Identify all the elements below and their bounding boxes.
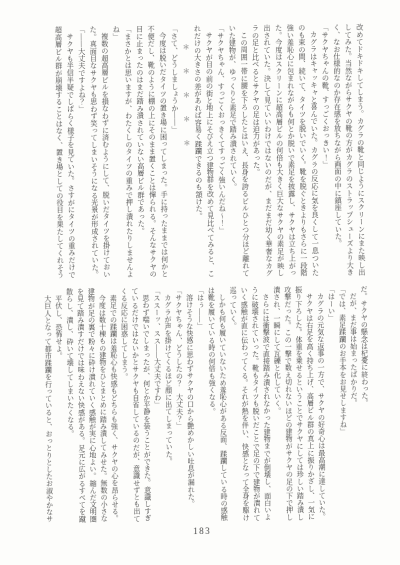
scan-content: 改めてドキドキしてしまう。カグラの靴と同じようにスクリーンにまた映し出してみた。… bbox=[0, 0, 400, 565]
paragraph-dialogue: 「——大丈夫ですよね？」 bbox=[75, 26, 89, 283]
paragraph-dialogue: 「サクヤちゃん、すっごくおっきくてすっごく強いんだね〜！」 bbox=[214, 25, 228, 282]
paragraph-narration: サクヤも半信半疑でしばらく様子を見ていた。さすがにタイツの重みだけで超高層ビル群… bbox=[52, 26, 77, 283]
paragraph-narration: 平伏し、恐怖せよ。 bbox=[51, 288, 64, 529]
paragraph-narration: カグラはキャッキャと喜んでいた。カグラの反応に気を良くして一息ついたのも束の間、… bbox=[249, 24, 321, 282]
paragraph-narration: 思わず喘いでしまったが、何とか平静を装うことができた。意識しすぎているだけではな… bbox=[116, 287, 151, 528]
paragraph-continuation: 改めてドキドキしてしまう。カグラの靴と同じようにスクリーンにまた映し出してみた。… bbox=[330, 24, 367, 281]
text-block-bottom: だ。サクヤの懸念は杞憂に終わった。だが、まだ事は始まったばかりだ。「では、素足蹂… bbox=[42, 286, 369, 530]
paragraph-narration: サクヤは右足を高く持ち上げ、高層ビル群の真上に振りかざし、一気に振り下ろした。体… bbox=[269, 286, 315, 527]
paragraph-dialogue: 「まさかとは思いますが、わたくしのタイツの重みで押し潰れたりしませんよね」 bbox=[110, 26, 135, 283]
paragraph-dialogue: 「ススーッ、スス——大丈夫ですわ」 bbox=[149, 287, 162, 528]
paragraph-dialogue: 「では、素足蹂躙のお手本をお見せしますね」 bbox=[334, 286, 347, 527]
text-block-top: 改めてドキドキしてしまう。カグラの靴と同じようにスクリーンにまた映し出してみた。… bbox=[40, 24, 367, 284]
paragraph-narration: 複数の超高層ビルを損なわずに済むようにして、脱いだタイツを掛けておいた。真面目な… bbox=[87, 26, 112, 283]
paragraph-narration: この周囲一帯に腰を下ろしたとはいえ、長身を誇るビルひとつ分ほど離れていた建物が、… bbox=[226, 25, 251, 282]
paragraph-narration: さらには衝撃波で直接踏み潰されなかった建物までが倒壊し、面白いように破壊されてい… bbox=[225, 286, 271, 527]
paragraph-narration: 今度は数十棟もの建物をひとまとめに踏み潰してみせた。無数の小さな建物が足の裏で粉… bbox=[62, 288, 108, 529]
paragraph-dialogue: 「サクヤちゃん、どうしたの？ 大丈夫？」 bbox=[171, 287, 184, 528]
paragraph-continuation: だ。サクヤの懸念は杞憂に終わった。 bbox=[356, 286, 369, 527]
paragraph-narration: サクヤが目の前の街と地上にそびえ立つ建物群を改めて見比べてみると、これだけの大き… bbox=[191, 25, 216, 282]
paragraph-dialogue: 「さて、どうしましょうか——」 bbox=[168, 25, 182, 282]
paragraph-narration: しかも何も履いていないため羞恥心がある反面、蹂躙している時の感触は靴を履いている… bbox=[203, 287, 227, 528]
paragraph-narration: 今度は脱いだタイツの置き場に困ってしまった。手に持ったままでは何かと不便だし、靴… bbox=[133, 25, 170, 282]
page-number: 183 bbox=[2, 524, 400, 537]
paragraph-narration: カグラが声を掛けてくるほど顔に出てしまっていた。 bbox=[160, 287, 173, 528]
scanned-novel-page: 改めてドキドキしてしまう。カグラの靴と同じようにスクリーンにまた映し出してみた。… bbox=[0, 0, 400, 565]
paragraph-narration: 素足での蹂躙は羞恥心も快感もどちらも強く、サクヤの心を昂らせる。 bbox=[105, 288, 118, 529]
paragraph-narration: カグラの元気な返事の一方で、サクヤの好奇心は最高潮に達していた。 bbox=[313, 286, 326, 527]
paragraph-narration: 溶けそうな快感に思わずサクヤの口から艶めかしい吐息が漏れた。 bbox=[182, 287, 195, 528]
